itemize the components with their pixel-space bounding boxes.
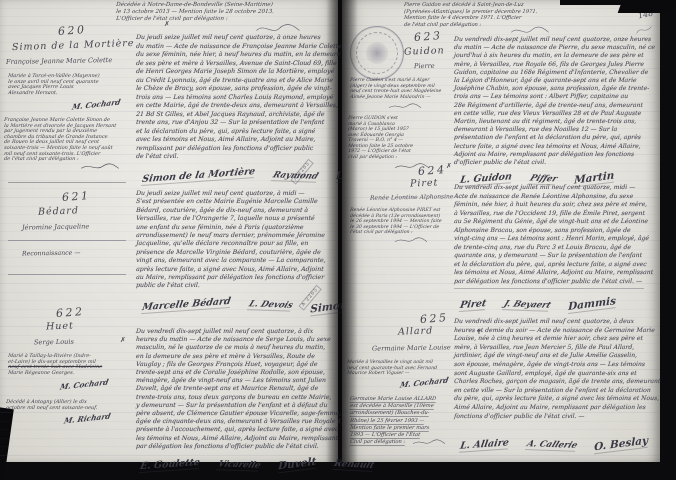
act-line: en cette ville, rue des Vieux Versailles… bbox=[454, 110, 657, 118]
flourish-signature-icon bbox=[80, 162, 120, 172]
act-line: et la déclaration du père, qui, après le… bbox=[136, 128, 335, 137]
margin-note-death: Décédé à Antogny (Allier) le dixoctobre … bbox=[6, 400, 130, 411]
act-line: les témoins et Nous, Aimé Allaire, Adjoi… bbox=[136, 435, 335, 443]
act-line: au Crédit Lyonnais, âgé de trente-quatre… bbox=[136, 77, 335, 86]
margin-note-line: Civil par délégation : bbox=[350, 439, 406, 446]
act-line: présente à l'accouchement, qui, après le… bbox=[136, 426, 335, 434]
margin-note-line: Pierre Guidon s'est marié à Alger bbox=[350, 78, 453, 84]
act-line: masculin, né le quatorze de ce mois à ne… bbox=[136, 344, 335, 352]
entry-surname: Allard bbox=[398, 325, 434, 337]
act-line: lecture faite, a signé avec les témoins … bbox=[454, 143, 657, 151]
act-line: heures et demie du soir — Acte de naissa… bbox=[454, 327, 657, 336]
act-line: Jacqueline, qu'elle déclare reconnaître … bbox=[136, 240, 335, 248]
signature-row: E. GouletteVicarelleDuveltRenault bbox=[140, 452, 334, 471]
margin-note-line: l'état civil par délégation : bbox=[350, 230, 455, 236]
act-line: jourd'hui à six heures du matin, en la d… bbox=[454, 52, 657, 60]
act-line: en la demeure de ses père et mère à Vers… bbox=[136, 353, 335, 361]
act-line: par délégation les fonctions d'officier … bbox=[454, 278, 657, 287]
signature: A. Callerie bbox=[525, 439, 579, 452]
act-line: remplissant par délégation les fonctions… bbox=[136, 145, 335, 154]
act-line: présentation de l'enfant et la déclarati… bbox=[454, 134, 657, 142]
margin-note-marriage-2: Pierre GUIDON s'estmarié à Casablanca(Ma… bbox=[348, 116, 452, 160]
act-line: et la déclaration du père, qui, après le… bbox=[454, 261, 657, 270]
entry-surname: Huet bbox=[46, 321, 74, 333]
entry-number: 620 bbox=[58, 23, 87, 38]
act-line: de trente-cinq ans, rue du Parc 3 et Lou… bbox=[454, 244, 657, 253]
entry-625: 625 Allard ✝ Germaine Marie Louise Marié… bbox=[342, 310, 660, 462]
act-line: sont Auguste Gaillard, employé, âgé de q… bbox=[454, 370, 657, 379]
margin-note-signature: M. Cochard bbox=[71, 97, 121, 111]
signature: Vicarelle bbox=[216, 459, 262, 471]
entry-number: 623 bbox=[414, 29, 443, 44]
act-body-text: Du vendredi dix-sept juillet mil neuf ce… bbox=[136, 328, 334, 451]
margin-note-line: Mention faite le premier mars bbox=[350, 425, 430, 432]
entry-surname: Piret bbox=[410, 178, 439, 190]
act-line: trente-sept ans et de Coralie Joséphine … bbox=[136, 369, 335, 377]
margin-separator bbox=[8, 274, 126, 275]
act-line: Alphonsine Bracau, son épouse, sans prof… bbox=[454, 227, 657, 236]
act-line: au 5e Régiment du Génie, âgé de vingt-hu… bbox=[454, 218, 657, 227]
x-mark-icon: ✗ bbox=[120, 336, 126, 344]
act-line: Louise, née à cinq heures et demie hier … bbox=[454, 335, 657, 344]
act-line: vingt-cinq ans — Les témoins sont : Henr… bbox=[454, 235, 657, 244]
act-line: jardinier, âgé de vingt-neuf ans et de J… bbox=[454, 352, 657, 361]
act-line: Du vendredi dix-sept juillet mil neuf ce… bbox=[454, 318, 657, 327]
act-line: mère, à Versailles, rue Royale 66, fils … bbox=[454, 61, 657, 69]
margin-note-line: (Maroc) le 15 juillet 1957 bbox=[348, 127, 453, 133]
entry-624: 624 Piret Renée Léontine Alphonsine ✗ Re… bbox=[342, 160, 660, 310]
act-line: après lecture faite, a signé avec Nous, … bbox=[136, 266, 335, 274]
act-line: du sexe féminin, née hier, à neuf heures… bbox=[136, 51, 335, 60]
margin-note-marriage: Mariée à Versailles le vingt août milneu… bbox=[347, 360, 455, 377]
margin-label-reconnaissance: Reconnaissance — bbox=[22, 249, 81, 257]
signature: O. Beslay bbox=[595, 435, 649, 455]
scan-edge-corner bbox=[618, 0, 676, 13]
act-line: du père, qui, après lecture faite, a sig… bbox=[454, 395, 657, 404]
entry-surname: Guidon bbox=[404, 45, 445, 57]
margin-note-line: arrondissement) (Bouches-du- bbox=[350, 410, 430, 417]
act-line: public de l'état civil. bbox=[136, 282, 335, 290]
act-line: trente-trois ans, tous deux garçons de b… bbox=[136, 394, 335, 402]
act-line: son épouse, ménagère, âgée de vingt-troi… bbox=[454, 361, 657, 370]
margin-note-line: Rhône) le 25 février 1993 — bbox=[350, 418, 425, 425]
act-line: de ses père et mère à Versailles, Avenue… bbox=[136, 60, 335, 69]
act-line: Duvelt, âgé de trente-sept ans et Mauric… bbox=[136, 385, 335, 393]
signature-row: L. AllaireA. CallerieO. Beslay bbox=[460, 432, 656, 451]
act-line: Du vendredi dix-sept juillet mil neuf ce… bbox=[454, 36, 657, 44]
entry-621: 621 Bédard Jéromine Jacqueline Reconnais… bbox=[0, 188, 338, 306]
register-scan: Décédée à Notre-Dame-de-Bondeville (Sein… bbox=[0, 0, 676, 480]
margin-note-marriage: Marié à Taillay-la-Rivière (Indre-et-Loi… bbox=[8, 354, 130, 376]
margin-note-line: le 26 septembre 1994 — Mention faite bbox=[350, 219, 455, 225]
signature-row: PiretJ. BeyaertDammis bbox=[460, 292, 656, 311]
act-line: Vauglay ; fils de Georges François Huet,… bbox=[136, 361, 335, 369]
act-line: féminin, née hier, à huit heures du soir… bbox=[454, 201, 657, 210]
act-line: 28e Régiment d'artillerie, âgé de trente… bbox=[454, 102, 657, 110]
act-line: de l'état civil. bbox=[136, 153, 335, 162]
mention-line: Mention faite le 4 décembre 1971. L'Offi… bbox=[404, 15, 615, 22]
act-line: Du jeudi seize juillet mil neuf cent qua… bbox=[136, 34, 335, 43]
flourish-signature-icon bbox=[388, 102, 422, 111]
act-body-text: Du vendredi dix-sept juillet mil neuf ce… bbox=[454, 318, 656, 421]
margin-note-line: Marie Régeanne Georges. bbox=[8, 371, 131, 377]
act-line: quarante ans, y demeurant — Sur la prése… bbox=[454, 252, 657, 261]
margin-note-signature: M. Cochard bbox=[59, 377, 109, 391]
margin-note-line: Traversi — B.O. n° 4 — bbox=[348, 138, 453, 144]
margin-note-divorce: Françoise Jeanne Marie Colette Simon del… bbox=[4, 118, 132, 163]
act-line: fonctions d'officier public de l'état ci… bbox=[454, 413, 657, 422]
entry-number: 625 bbox=[420, 311, 449, 326]
act-line: en cette Mairie, âgé de trente-deux ans,… bbox=[136, 102, 335, 111]
act-line: Versailles, rue de l'Orangerie 7, laquel… bbox=[136, 215, 335, 223]
margin-note-line: Mariée à Versailles le vingt août mil bbox=[347, 360, 456, 366]
margin-note-line: Aimée Jeanne Marie Malandrin — bbox=[350, 95, 453, 101]
entry-number: 624 bbox=[418, 163, 447, 178]
entry-number: 622 bbox=[56, 305, 85, 320]
act-line: de Henri Georges Marie Joseph Simon de l… bbox=[136, 68, 335, 77]
act-line: trente ans, rue d'Anjou 32 — Sur la prés… bbox=[136, 119, 335, 128]
signature: E. Goulette bbox=[139, 457, 201, 473]
margin-note-marriage: Pierre Guidon s'est marié à Alger(Alger)… bbox=[350, 78, 452, 100]
act-line: une enfant du sexe féminin, née à Paris … bbox=[136, 224, 335, 232]
margin-note-signature: M. Cochard bbox=[399, 375, 449, 389]
margin-note-line: Renée Léontine Alphonsine PIRET est bbox=[350, 208, 455, 214]
act-line: trois ans — Les témoins sont : Albert Pi… bbox=[454, 93, 657, 101]
act-line: avec les témoins et Nous, Aimé Allaire, … bbox=[136, 136, 335, 145]
act-body-text: Du jeudi seize juillet mil neuf cent qua… bbox=[136, 34, 334, 162]
act-line: Acte de naissance de Renée Léontine Alph… bbox=[454, 193, 657, 202]
circular-ink-stamp-icon bbox=[347, 23, 408, 84]
entry-firstnames: Germaine Marie Louise bbox=[372, 343, 451, 352]
act-line: Bédard, couturière, âgée de dix-neuf ans… bbox=[136, 207, 335, 215]
act-line: présence de Marcelle Virginie Bédard, co… bbox=[136, 249, 335, 257]
entry-surname: Bédard bbox=[38, 205, 79, 217]
act-line: par délégation les fonctions d'officier … bbox=[136, 443, 335, 451]
act-line: Martin, lieutenant au dit régiment, âgé … bbox=[454, 118, 657, 126]
act-line: trois ans — Les témoins sont Charles Lou… bbox=[136, 94, 335, 103]
entry-firstnames: Françoise Jeanne Marie Colette bbox=[6, 56, 112, 66]
act-line: du matin — Acte de naissance de François… bbox=[136, 43, 335, 52]
margin-note-line: Pierre GUIDON s'est bbox=[348, 116, 453, 122]
margin-separator bbox=[8, 240, 126, 241]
signature: Duvelt bbox=[278, 456, 316, 474]
act-line: S'est présentée en cette Mairie Eugénie … bbox=[136, 198, 335, 206]
act-line: à Versailles, rue de l'Occident 19, fill… bbox=[454, 210, 657, 219]
act-line: les témoins et Nous, Aimé Allaire, Adjoi… bbox=[454, 269, 657, 278]
entry-623: 623 Guidon Pierre Pierre Guidon s'est ma… bbox=[342, 24, 660, 182]
margin-note-signature: M. Richard bbox=[63, 411, 111, 425]
act-line: 21 Bd St Gilles, et Abel Jacques Raynaud… bbox=[136, 111, 335, 120]
act-line: Charles Roches, garçon de magasin, âgé d… bbox=[454, 378, 657, 387]
entry-firstnames: Renée Léontine Alphonsine bbox=[370, 193, 454, 201]
entry-firstnames: Jéromine Jacqueline bbox=[22, 222, 89, 231]
signature: Simon de la Mortière bbox=[141, 166, 256, 186]
x-mark-icon: ✗ bbox=[446, 162, 452, 170]
flourish-signature-icon bbox=[394, 236, 428, 245]
act-line: père absent, de Clémence Gautier épouse … bbox=[136, 410, 335, 418]
entry-number: 621 bbox=[62, 189, 91, 204]
act-line: Du vendredi dix-sept juillet mil neuf ce… bbox=[454, 184, 657, 193]
act-line: Guidon, capitaine au 168e Régiment d'Inf… bbox=[454, 69, 657, 77]
act-line: la Légion d'Honneur, âgé de quarante-sep… bbox=[454, 77, 657, 85]
act-end-rule bbox=[454, 288, 644, 289]
signature: L. Allaire bbox=[459, 437, 510, 453]
entry-622: 622 Huet Serge Louis ✗ Marié à Taillay-l… bbox=[0, 306, 338, 462]
flourish-signature-icon bbox=[412, 438, 446, 447]
left-page: Décédée à Notre-Dame-de-Bondeville (Sein… bbox=[0, 0, 338, 462]
right-page: Pierre Guidon est décédé à Saint-Jean-de… bbox=[342, 0, 660, 462]
entry-firstnames: Pierre bbox=[414, 62, 435, 70]
margin-note-line: Alexandre Hersant. bbox=[8, 91, 131, 97]
act-line: y demeurant — Sur la présentation de l'e… bbox=[136, 402, 335, 410]
act-line: Du vendredi dix-sept juillet mil neuf ce… bbox=[136, 328, 335, 336]
margin-note-marriage: Mariée à Torcé-en-Vallée (Mayenne)le onz… bbox=[8, 74, 130, 96]
margin-separator bbox=[8, 182, 126, 183]
act-body-text: Du vendredi dix-sept juillet mil neuf ce… bbox=[454, 184, 656, 286]
act-body-text: Du vendredi dix-sept juillet mil neuf ce… bbox=[454, 36, 656, 167]
act-line: le Chèze de Bracy, son épouse, sans prof… bbox=[136, 85, 335, 94]
margin-note-line: 1972 — L'Officier de l'état bbox=[348, 149, 453, 155]
act-line: Adjoint au Maire, remplissant par déléga… bbox=[454, 151, 657, 159]
margin-note-death: Renée Léontine Alphonsine PIRET estdécéd… bbox=[350, 208, 454, 236]
margin-note-line: neuf cent trente-huit avec Magdeleine bbox=[350, 89, 453, 95]
act-line: vingt ans, demeurant avec la comparante … bbox=[136, 257, 335, 265]
entry-surname: Simon de la Mortière bbox=[12, 38, 135, 53]
act-body-text: Du jeudi seize juillet mil neuf cent qua… bbox=[136, 190, 334, 291]
entry-firstnames: Serge Louis bbox=[34, 338, 74, 347]
entry-620: 620 Simon de la Mortière Françoise Jeann… bbox=[0, 20, 338, 188]
act-line: Aimé Allaire, Adjoint au Maire, rempliss… bbox=[454, 404, 657, 413]
